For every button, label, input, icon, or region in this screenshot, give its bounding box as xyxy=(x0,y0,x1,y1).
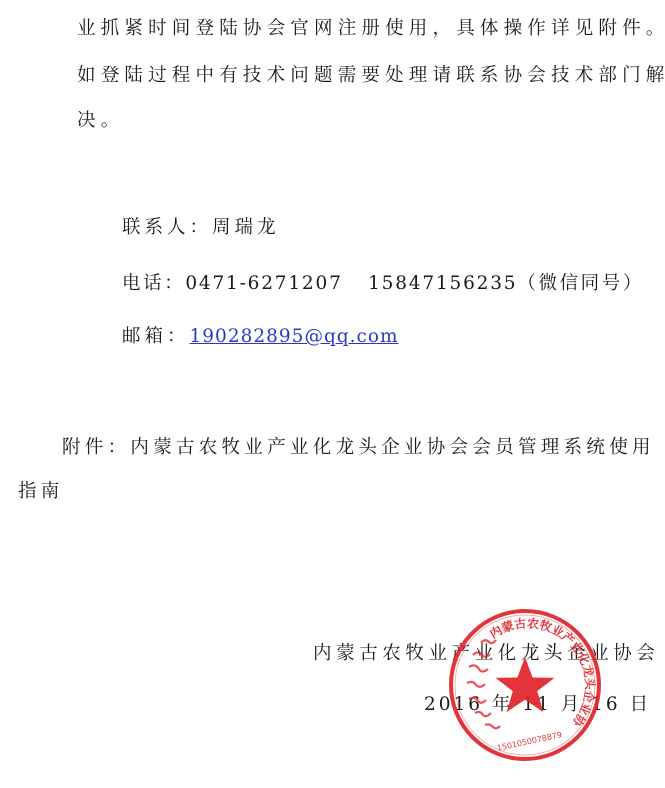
contact-phone: 电话：0471-6271207 15847156235（微信同号） xyxy=(122,272,644,296)
contact-email: 邮箱：190282895@qq.com xyxy=(122,325,399,349)
email-label: 邮箱： xyxy=(122,326,190,347)
seal-number: 1501050078879 xyxy=(496,730,563,753)
body-paragraph-line-1: 业抓紧时间登陆协会官网注册使用，具体操作详见附件。 xyxy=(77,17,665,41)
signature-organization: 内蒙古农牧业产业化龙头企业协会 xyxy=(313,642,660,666)
signature-date: 2016 年 11 月 16 日 xyxy=(424,693,651,717)
body-paragraph-line-2: 如登陆过程中有技术问题需要处理请联系协会技术部门解 xyxy=(77,64,665,88)
contact-person: 联系人：周瑞龙 xyxy=(122,216,280,240)
body-paragraph-line-3: 决。 xyxy=(77,109,124,133)
contact-person-name: 周瑞龙 xyxy=(212,217,280,238)
contact-person-label: 联系人： xyxy=(122,217,212,238)
attachment-line-1: 附件：内蒙古农牧业产业化龙头企业协会会员管理系统使用 xyxy=(62,436,655,460)
official-seal-stamp: 内蒙古农牧业产业化龙头企业协会 1501050078879 xyxy=(447,607,603,763)
seal-icon: 内蒙古农牧业产业化龙头企业协会 1501050078879 xyxy=(447,607,603,763)
phone-mobile: 15847156235 xyxy=(368,273,517,294)
phone-note: （微信同号） xyxy=(517,273,644,294)
email-link[interactable]: 190282895@qq.com xyxy=(190,326,399,347)
phone-label: 电话： xyxy=(122,273,185,294)
phone-landline: 0471-6271207 xyxy=(185,273,342,294)
attachment-line-2: 指南 xyxy=(18,480,64,504)
